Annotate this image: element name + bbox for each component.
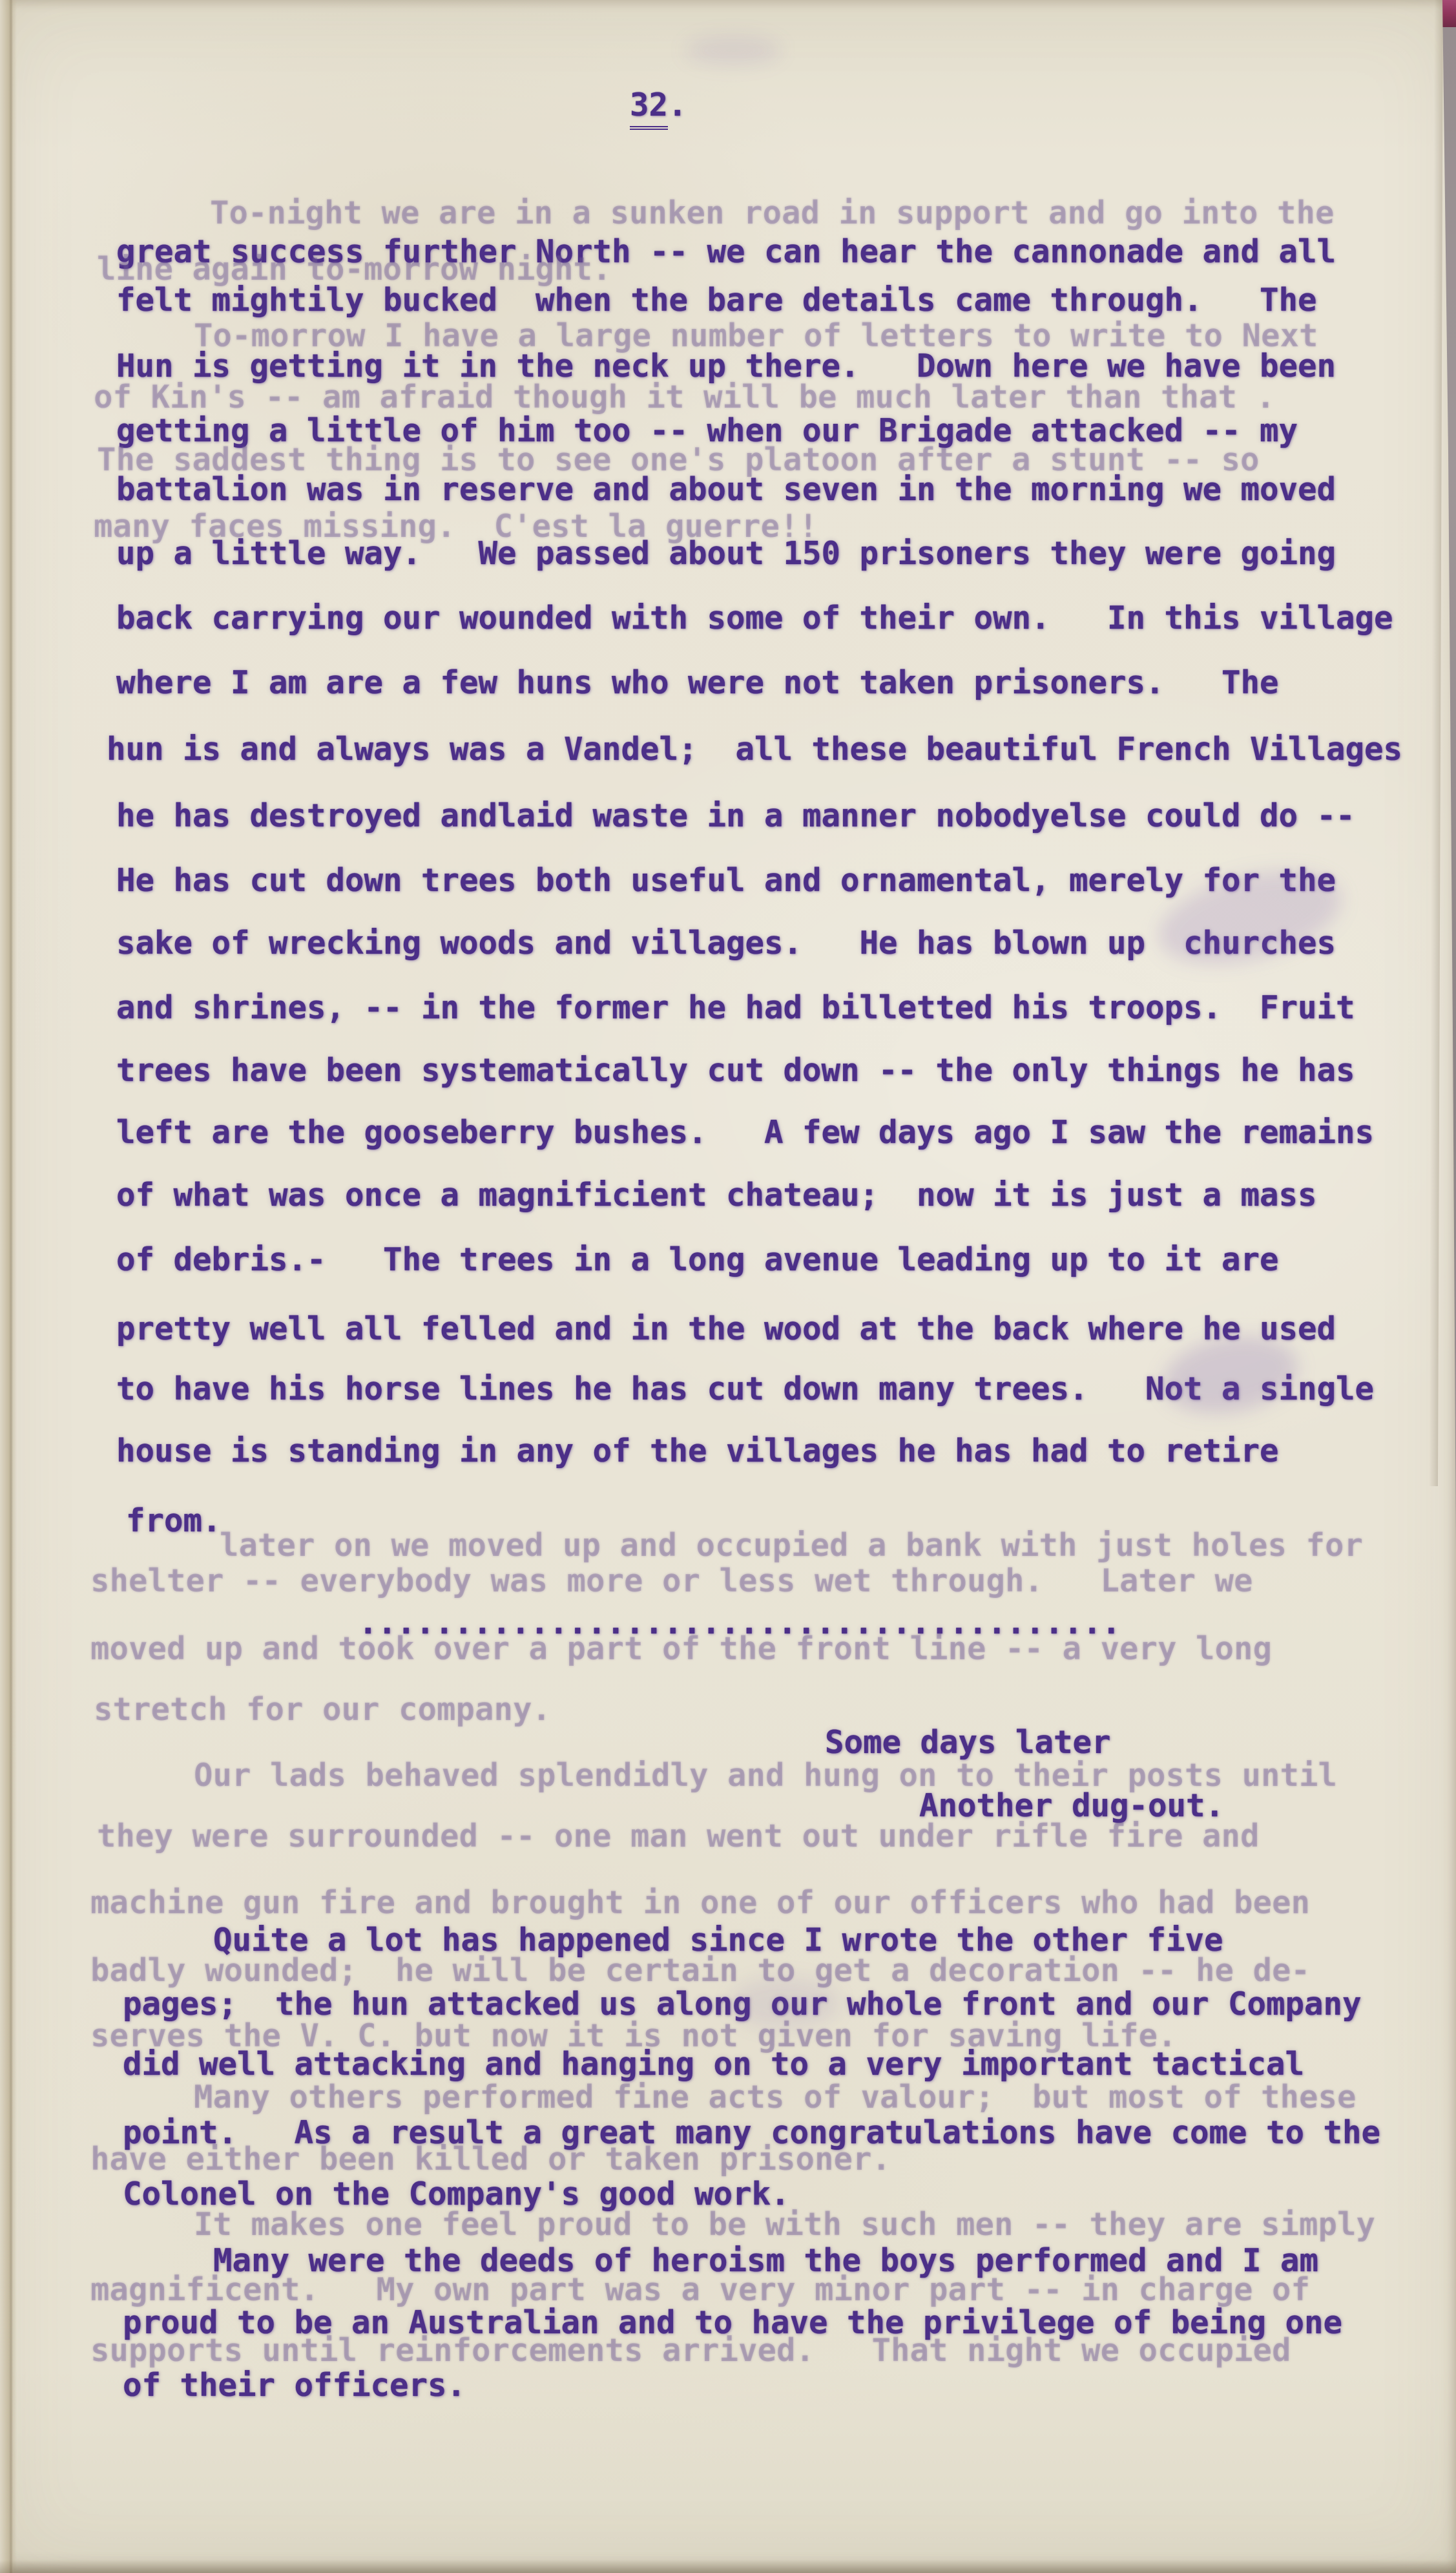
page-bottom-shadow	[0, 2560, 1456, 2573]
bleed-through-line: It makes one feel proud to be with such …	[194, 2205, 1375, 2244]
typed-line: of their officers.	[123, 2366, 466, 2405]
typed-line: house is standing in any of the villages…	[116, 1432, 1279, 1471]
bleed-through-line: moved up and took over a part of the fro…	[90, 1630, 1272, 1668]
bleed-through-line: have either been killed or taken prisone…	[90, 2140, 891, 2179]
typed-line: left are the gooseberry bushes. A few da…	[116, 1113, 1374, 1152]
typed-line: of what was once a magnificient chateau;…	[116, 1176, 1317, 1215]
typed-line: back carrying our wounded with some of t…	[116, 599, 1393, 638]
bleed-through-line: Many others performed fine acts of valou…	[194, 2078, 1357, 2117]
bleed-through-line: To-night we are in a sunken road in supp…	[210, 194, 1335, 233]
page-left-edge	[0, 0, 17, 2573]
bleed-through-line: later on we moved up and occupied a bank…	[220, 1526, 1363, 1565]
bleed-through-line: machine gun fire and brought in one of o…	[90, 1884, 1310, 1922]
typed-line: hun is and always was a Vandel; all thes…	[107, 730, 1402, 769]
typewritten-page: 32. To-night we are in a sunken road in …	[0, 0, 1456, 2573]
bleed-through-line: they were surrounded -- one man went out…	[97, 1817, 1260, 1856]
typed-line: battalion was in reserve and about seven…	[116, 470, 1336, 509]
typed-line: he has destroyed andlaid waste in a mann…	[116, 797, 1355, 835]
typed-line: and shrines, -- in the former he had bil…	[116, 989, 1355, 1027]
ink-smudge	[730, 1977, 840, 2029]
typed-line: felt mightily bucked when the bare detai…	[116, 281, 1317, 320]
bleed-through-line: of Kin's -- am afraid though it will be …	[94, 378, 1275, 417]
typed-line: sake of wrecking woods and villages. He …	[116, 924, 1336, 963]
typed-line: up a little way. We passed about 150 pri…	[116, 534, 1336, 573]
typed-line: where I am are a few huns who were not t…	[116, 664, 1279, 702]
typed-line: trees have been systematically cut down …	[116, 1051, 1355, 1090]
typed-line: He has cut down trees both useful and or…	[116, 861, 1336, 900]
page-number: 32.	[630, 87, 687, 123]
page-fold-crease	[9, 0, 13, 2573]
bleed-through-line: badly wounded; he will be certain to get…	[90, 1951, 1310, 1990]
bleed-through-line: stretch for our company.	[94, 1690, 551, 1729]
ink-smudge	[685, 36, 782, 65]
typed-line: from.	[126, 1502, 222, 1540]
page-number-digits: 32	[630, 87, 668, 130]
scanned-document: 32. To-night we are in a sunken road in …	[0, 0, 1456, 2573]
typed-line: pretty well all felled and in the wood a…	[116, 1310, 1336, 1349]
bleed-through-line: supports until reinforcements arrived. T…	[90, 2331, 1291, 2370]
bleed-through-line: shelter -- everybody was more or less we…	[90, 1562, 1253, 1601]
page-right-edge	[1429, 0, 1443, 1486]
typed-line: of debris.- The trees in a long avenue l…	[116, 1241, 1279, 1279]
page-number-period: .	[668, 87, 687, 123]
